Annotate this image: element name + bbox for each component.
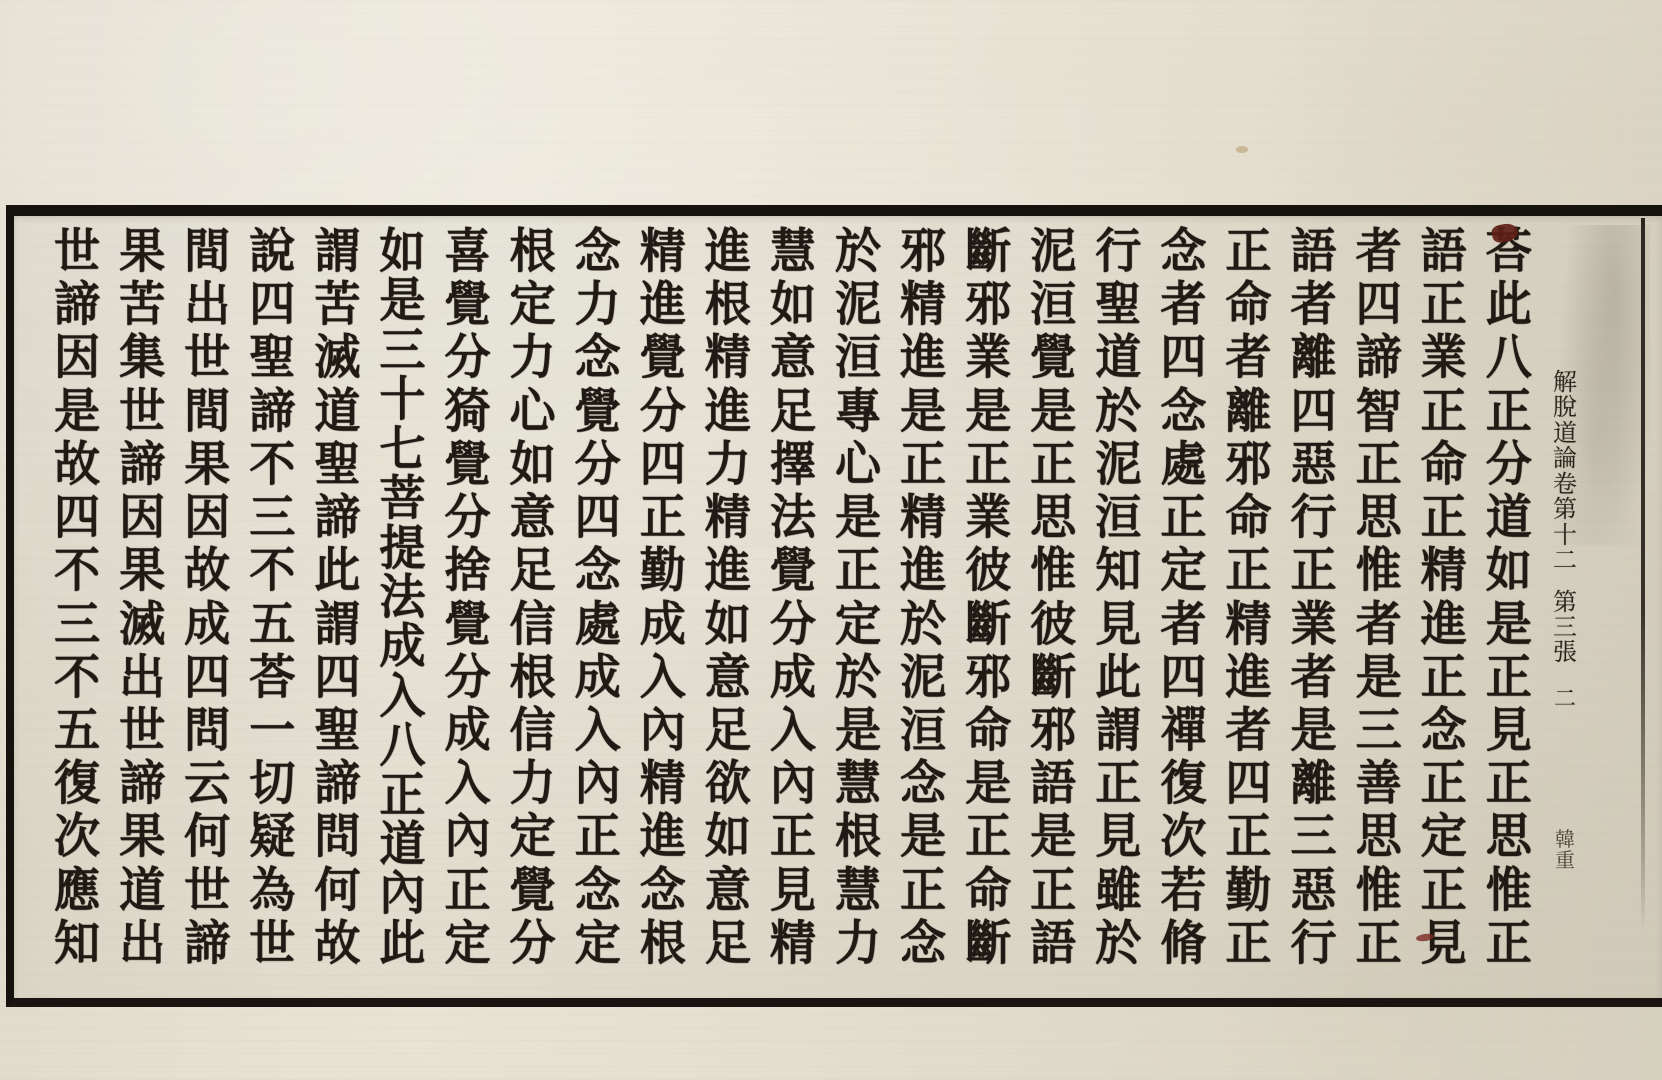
- glyph: 次: [54, 812, 100, 860]
- glyph: 故: [184, 546, 230, 594]
- glyph: 正: [1421, 759, 1467, 807]
- glyph: 內: [640, 706, 686, 754]
- glyph: 信: [510, 600, 556, 648]
- glyph: 是: [965, 387, 1011, 435]
- glyph: 道: [314, 387, 360, 435]
- glyph: 間: [184, 387, 230, 435]
- glyph: 慧: [835, 866, 881, 914]
- paper-background: 荅此八正分道如是正見正思惟正語正業正命正精進正念正定正見者四諦智正思惟者是三善思…: [0, 0, 1662, 1080]
- text-column-22: 果苦集世諦因果滅出世諦果道出: [113, 228, 171, 966]
- glyph: 見: [770, 866, 816, 914]
- glyph: 邪: [900, 227, 946, 275]
- glyph: 定: [575, 919, 621, 967]
- glyph: 荅: [249, 653, 295, 701]
- glyph: 諦: [184, 919, 230, 967]
- glyph: 精: [1225, 600, 1271, 648]
- glyph: 因: [54, 334, 100, 382]
- glyph: 泥: [835, 280, 881, 328]
- glyph: 分: [770, 600, 816, 648]
- glyph: 力: [510, 759, 556, 807]
- glyph: 意: [705, 653, 751, 701]
- margin-title-column: 解脫道論卷第十二 第三張 二 韓重: [1548, 370, 1582, 872]
- glyph: 行: [1290, 493, 1336, 541]
- glyph: 足: [770, 387, 816, 435]
- glyph: 分: [575, 440, 621, 488]
- glyph: 業: [1421, 334, 1467, 382]
- text-column-6: 念者四念處正定者四禪復次若脩: [1154, 228, 1212, 966]
- glyph: 諦: [54, 280, 100, 328]
- text-column-8: 泥洹覺是正思惟彼斷邪語是正語: [1024, 228, 1082, 966]
- glyph: 者: [1290, 280, 1336, 328]
- glyph: 四: [1356, 280, 1402, 328]
- glyph: 進: [900, 546, 946, 594]
- glyph: 意: [770, 334, 816, 382]
- glyph: 五: [54, 706, 100, 754]
- glyph: 覺: [1030, 334, 1076, 382]
- glyph: 足: [705, 919, 751, 967]
- glyph: 喜: [444, 227, 490, 275]
- glyph: 彼: [1030, 600, 1076, 648]
- margin-work-title: 解脫道論卷第十二: [1552, 370, 1578, 574]
- glyph: 四: [1160, 334, 1206, 382]
- glyph: 苦: [119, 280, 165, 328]
- glyph: 欲: [705, 759, 751, 807]
- glyph: 分: [444, 334, 490, 382]
- glyph: 四: [575, 493, 621, 541]
- glyph: 見: [1095, 812, 1141, 860]
- glyph: 三: [1290, 812, 1336, 860]
- glyph: 處: [1160, 440, 1206, 488]
- glyph: 覺: [444, 600, 490, 648]
- glyph: 諦: [119, 440, 165, 488]
- glyph: 正: [1421, 866, 1467, 914]
- glyph: 惡: [1290, 440, 1336, 488]
- glyph: 四: [314, 653, 360, 701]
- glyph: 命: [1225, 280, 1271, 328]
- glyph: 諦: [314, 759, 360, 807]
- text-column-9: 斷邪業是正業彼斷邪命是正命斷: [959, 228, 1017, 966]
- glyph: 問: [184, 706, 230, 754]
- glyph: 云: [184, 759, 230, 807]
- glyph: 聖: [1095, 280, 1141, 328]
- glyph: 謂: [314, 600, 360, 648]
- glyph: 是: [835, 493, 881, 541]
- glyph: 捨: [444, 546, 490, 594]
- glyph: 精: [705, 493, 751, 541]
- glyph: 斷: [1030, 653, 1076, 701]
- glyph: 思: [1030, 493, 1076, 541]
- glyph: 洹: [835, 334, 881, 382]
- glyph: 為: [249, 866, 295, 914]
- glyph: 集: [119, 334, 165, 382]
- glyph: 提: [379, 524, 425, 572]
- glyph: 猗: [444, 387, 490, 435]
- glyph: 若: [1160, 866, 1206, 914]
- glyph: 謂: [314, 227, 360, 275]
- glyph: 分: [640, 387, 686, 435]
- glyph: 三: [1356, 706, 1402, 754]
- glyph: 邪: [965, 280, 1011, 328]
- glyph: 是: [1486, 600, 1532, 648]
- glyph: 精: [1421, 546, 1467, 594]
- glyph: 慧: [835, 759, 881, 807]
- glyph: 間: [184, 227, 230, 275]
- glyph: 根: [705, 280, 751, 328]
- glyph: 何: [184, 812, 230, 860]
- glyph: 五: [249, 600, 295, 648]
- glyph: 世: [249, 919, 295, 967]
- text-column-16: 根定力心如意足信根信力定覺分: [504, 228, 562, 966]
- glyph: 根: [835, 812, 881, 860]
- glyph: 行: [1290, 919, 1336, 967]
- glyph: 專: [835, 387, 881, 435]
- glyph: 語: [1030, 759, 1076, 807]
- glyph: 念: [575, 546, 621, 594]
- glyph: 見: [1095, 600, 1141, 648]
- glyph: 於: [1095, 919, 1141, 967]
- glyph: 應: [54, 866, 100, 914]
- glyph: 心: [835, 440, 881, 488]
- glyph: 正: [900, 440, 946, 488]
- glyph: 於: [835, 653, 881, 701]
- glyph: 故: [314, 919, 360, 967]
- glyph: 內: [444, 812, 490, 860]
- glyph: 念: [640, 866, 686, 914]
- glyph: 因: [119, 493, 165, 541]
- glyph: 念: [900, 919, 946, 967]
- glyph: 念: [900, 759, 946, 807]
- glyph: 分: [444, 653, 490, 701]
- glyph: 切: [249, 759, 295, 807]
- glyph: 定: [510, 812, 556, 860]
- glyph: 正: [965, 440, 1011, 488]
- glyph: 根: [510, 653, 556, 701]
- glyph: 覺: [444, 440, 490, 488]
- glyph: 進: [900, 334, 946, 382]
- glyph: 成: [640, 600, 686, 648]
- glyph: 是: [900, 812, 946, 860]
- glyph: 思: [1486, 812, 1532, 860]
- text-column-19: 謂苦滅道聖諦此謂四聖諦問何故: [308, 228, 366, 966]
- glyph: 是: [835, 706, 881, 754]
- glyph: 足: [510, 546, 556, 594]
- glyph: 泥: [1030, 227, 1076, 275]
- glyph: 念: [575, 334, 621, 382]
- glyph: 離: [1225, 387, 1271, 435]
- glyph: 惟: [1030, 546, 1076, 594]
- glyph: 雖: [1095, 866, 1141, 914]
- glyph: 如: [705, 600, 751, 648]
- glyph: 力: [575, 280, 621, 328]
- text-column-3: 者四諦智正思惟者是三善思惟正: [1350, 228, 1408, 966]
- glyph: 者: [1356, 600, 1402, 648]
- glyph: 聖: [314, 440, 360, 488]
- glyph: 進: [705, 546, 751, 594]
- glyph: 精: [770, 919, 816, 967]
- glyph: 進: [1421, 600, 1467, 648]
- glyph: 因: [184, 493, 230, 541]
- glyph: 根: [510, 227, 556, 275]
- glyph: 分: [1486, 440, 1532, 488]
- glyph: 出: [184, 280, 230, 328]
- glyph: 力: [510, 334, 556, 382]
- glyph: 內: [770, 759, 816, 807]
- glyph: 正: [965, 812, 1011, 860]
- glyph: 三: [54, 600, 100, 648]
- glyph: 覺: [510, 866, 556, 914]
- text-column-20: 說四聖諦不三不五荅一切疑為世: [243, 228, 301, 966]
- glyph: 苦: [314, 280, 360, 328]
- glyph: 進: [640, 812, 686, 860]
- glyph: 諦: [249, 387, 295, 435]
- glyph: 慧: [770, 227, 816, 275]
- text-column-13: 進根精進力精進如意足欲如意足: [699, 228, 757, 966]
- glyph: 三: [379, 326, 425, 374]
- glyph: 疑: [249, 812, 295, 860]
- glyph: 八: [379, 721, 425, 769]
- glyph: 念: [575, 866, 621, 914]
- glyph: 正: [575, 812, 621, 860]
- text-column-5: 正命者離邪命正精進者四正勤正: [1219, 228, 1277, 966]
- glyph: 是: [1290, 706, 1336, 754]
- glyph: 進: [705, 387, 751, 435]
- glyph: 意: [705, 866, 751, 914]
- glyph: 成: [184, 600, 230, 648]
- glyph: 世: [119, 706, 165, 754]
- glyph: 惟: [1486, 866, 1532, 914]
- glyph: 正: [1225, 227, 1271, 275]
- glyph: 成: [575, 653, 621, 701]
- glyph: 精: [900, 493, 946, 541]
- frame-border-right: [1641, 218, 1645, 933]
- glyph: 復: [54, 759, 100, 807]
- glyph: 八: [1486, 334, 1532, 382]
- glyph: 知: [1095, 546, 1141, 594]
- glyph: 果: [119, 546, 165, 594]
- glyph: 於: [900, 600, 946, 648]
- glyph: 語: [1421, 227, 1467, 275]
- glyph: 滅: [314, 334, 360, 382]
- glyph: 此: [314, 546, 360, 594]
- glyph: 泥: [1095, 440, 1141, 488]
- glyph: 是: [965, 759, 1011, 807]
- glyph: 正: [1290, 546, 1336, 594]
- margin-number-label: 二: [1552, 688, 1578, 711]
- glyph: 正: [900, 866, 946, 914]
- glyph: 於: [1095, 387, 1141, 435]
- glyph: 不: [54, 653, 100, 701]
- glyph: 正: [1421, 493, 1467, 541]
- glyph: 故: [54, 440, 100, 488]
- glyph: 命: [965, 866, 1011, 914]
- glyph: 語: [1290, 227, 1336, 275]
- glyph: 出: [119, 653, 165, 701]
- text-column-10: 邪精進是正精進於泥洹念是正念: [894, 228, 952, 966]
- glyph: 命: [1421, 440, 1467, 488]
- glyph: 足: [705, 706, 751, 754]
- glyph: 世: [119, 387, 165, 435]
- glyph: 成: [379, 622, 425, 670]
- glyph: 如: [705, 812, 751, 860]
- glyph: 覺: [444, 280, 490, 328]
- glyph: 正: [640, 493, 686, 541]
- text-columns-area: 荅此八正分道如是正見正思惟正語正業正命正精進正念正定正見者四諦智正思惟者是三善思…: [48, 228, 1538, 966]
- glyph: 惟: [1356, 546, 1402, 594]
- glyph: 世: [54, 227, 100, 275]
- glyph: 念: [1160, 227, 1206, 275]
- text-column-11: 於泥洹專心是正定於是慧根慧力: [829, 228, 887, 966]
- glyph: 世: [184, 334, 230, 382]
- glyph: 此: [1095, 653, 1141, 701]
- glyph: 是: [900, 387, 946, 435]
- glyph: 分: [510, 919, 556, 967]
- glyph: 滅: [119, 600, 165, 648]
- glyph: 於: [835, 227, 881, 275]
- glyph: 分: [444, 493, 490, 541]
- glyph: 命: [1225, 493, 1271, 541]
- glyph: 內: [575, 759, 621, 807]
- glyph: 泥: [900, 653, 946, 701]
- glyph: 洹: [1030, 280, 1076, 328]
- glyph: 語: [1030, 919, 1076, 967]
- glyph: 定: [510, 280, 556, 328]
- glyph: 不: [54, 546, 100, 594]
- glyph: 惡: [1290, 866, 1336, 914]
- glyph: 此: [379, 919, 425, 967]
- glyph: 脩: [1160, 919, 1206, 967]
- glyph: 四: [54, 493, 100, 541]
- text-column-21: 間出世間果因故成四問云何世諦: [178, 228, 236, 966]
- text-column-14: 精進覺分四正勤成入內精進念根: [634, 228, 692, 966]
- text-column-1: 荅此八正分道如是正見正思惟正: [1480, 228, 1538, 966]
- glyph: 覺: [770, 546, 816, 594]
- text-column-2: 語正業正命正精進正念正定正見: [1415, 228, 1473, 966]
- glyph: 是: [379, 277, 425, 325]
- glyph: 信: [510, 706, 556, 754]
- glyph: 入: [444, 759, 490, 807]
- glyph: 進: [705, 227, 751, 275]
- glyph: 者: [1225, 334, 1271, 382]
- glyph: 定: [444, 919, 490, 967]
- glyph: 不: [249, 546, 295, 594]
- glyph: 力: [835, 919, 881, 967]
- glyph: 四: [1290, 387, 1336, 435]
- margin-sheet-label: 第三張: [1552, 590, 1578, 666]
- glyph: 正: [1486, 759, 1532, 807]
- glyph: 道: [1095, 334, 1141, 382]
- glyph: 是: [1356, 653, 1402, 701]
- glyph: 進: [640, 280, 686, 328]
- glyph: 是: [54, 387, 100, 435]
- glyph: 內: [379, 870, 425, 918]
- glyph: 正: [1421, 653, 1467, 701]
- glyph: 洹: [1095, 493, 1141, 541]
- glyph: 成: [770, 653, 816, 701]
- glyph: 精: [705, 334, 751, 382]
- glyph: 道: [1486, 493, 1532, 541]
- glyph: 正: [1356, 440, 1402, 488]
- glyph: 者: [1160, 280, 1206, 328]
- glyph: 果: [119, 812, 165, 860]
- text-column-4: 語者離四惡行正業者是離三惡行: [1284, 228, 1342, 966]
- margin-carver-label: 韓重: [1552, 829, 1578, 871]
- glyph: 業: [965, 334, 1011, 382]
- glyph: 出: [119, 919, 165, 967]
- glyph: 一: [249, 706, 295, 754]
- glyph: 正: [1356, 919, 1402, 967]
- glyph: 如: [510, 440, 556, 488]
- glyph: 思: [1356, 493, 1402, 541]
- glyph: 正: [835, 546, 881, 594]
- glyph: 命: [965, 706, 1011, 754]
- glyph: 善: [1356, 759, 1402, 807]
- glyph: 正: [1030, 440, 1076, 488]
- glyph: 覺: [575, 387, 621, 435]
- glyph: 說: [249, 227, 295, 275]
- glyph: 定: [835, 600, 881, 648]
- glyph: 斷: [965, 919, 1011, 967]
- glyph: 離: [1290, 759, 1336, 807]
- glyph: 謂: [1095, 706, 1141, 754]
- glyph: 正: [1225, 919, 1271, 967]
- glyph: 斷: [965, 227, 1011, 275]
- glyph: 聖: [249, 334, 295, 382]
- glyph: 四: [249, 280, 295, 328]
- glyph: 是: [1030, 812, 1076, 860]
- glyph: 三: [249, 493, 295, 541]
- text-column-18: 如是三十七菩提法成入八正道內此: [373, 228, 431, 966]
- glyph: 果: [184, 440, 230, 488]
- glyph: 斷: [965, 600, 1011, 648]
- glyph: 入: [770, 706, 816, 754]
- glyph: 成: [444, 706, 490, 754]
- glyph: 行: [1095, 227, 1141, 275]
- glyph: 入: [575, 706, 621, 754]
- glyph: 業: [965, 493, 1011, 541]
- text-column-12: 慧如意足擇法覺分成入內正見精: [764, 228, 822, 966]
- glyph: 念: [1160, 387, 1206, 435]
- glyph: 正: [444, 866, 490, 914]
- glyph: 十: [379, 375, 425, 423]
- glyph: 惟: [1356, 866, 1402, 914]
- glyph: 知: [54, 919, 100, 967]
- glyph: 復: [1160, 759, 1206, 807]
- glyph: 正: [1225, 546, 1271, 594]
- glyph: 者: [1356, 227, 1402, 275]
- text-column-7: 行聖道於泥洹知見此謂正見雖於: [1089, 228, 1147, 966]
- glyph: 正: [770, 812, 816, 860]
- glyph: 處: [575, 600, 621, 648]
- glyph: 念: [1421, 706, 1467, 754]
- glyph: 精: [640, 227, 686, 275]
- glyph: 正: [1030, 866, 1076, 914]
- glyph: 何: [314, 866, 360, 914]
- text-column-15: 念力念覺分四念處成入內正念定: [569, 228, 627, 966]
- glyph: 正: [1225, 812, 1271, 860]
- glyph: 意: [510, 493, 556, 541]
- glyph: 正: [1160, 493, 1206, 541]
- glyph: 正: [1486, 387, 1532, 435]
- glyph: 次: [1160, 812, 1206, 860]
- glyph: 彼: [965, 546, 1011, 594]
- glyph: 正: [379, 771, 425, 819]
- glyph: 擇: [770, 440, 816, 488]
- glyph: 世: [184, 866, 230, 914]
- glyph: 根: [640, 919, 686, 967]
- glyph: 如: [379, 227, 425, 275]
- glyph: 正: [1486, 653, 1532, 701]
- glyph: 進: [1225, 653, 1271, 701]
